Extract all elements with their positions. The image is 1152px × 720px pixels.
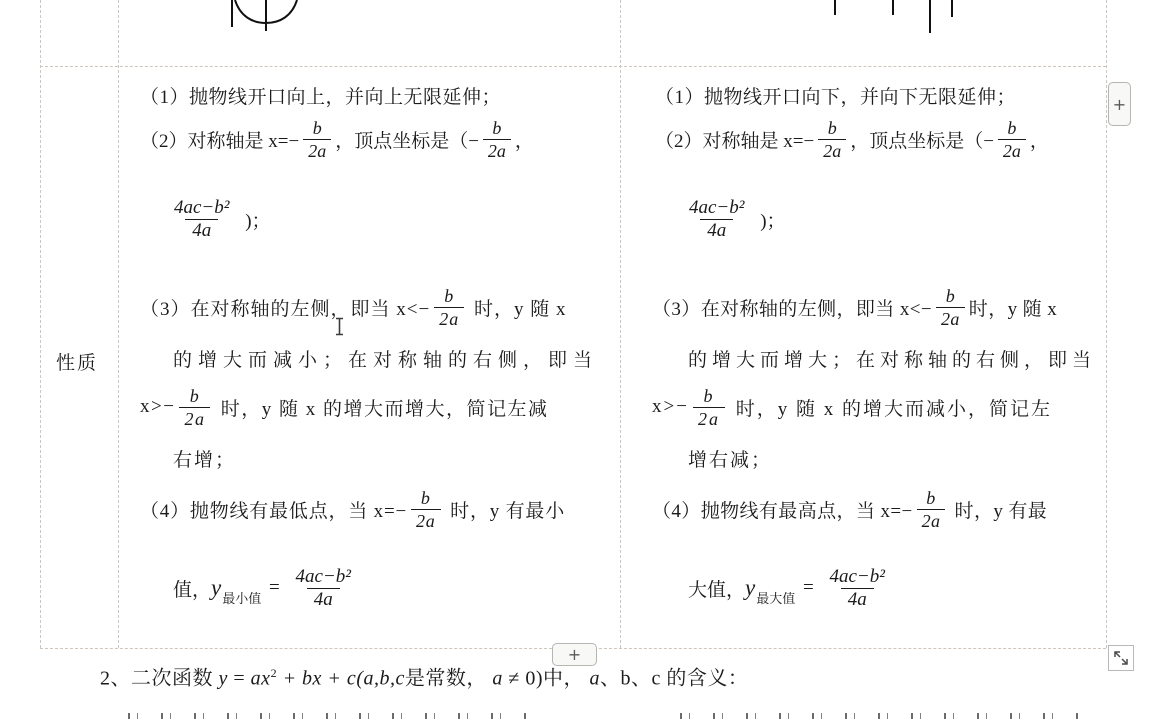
table-resize-handle[interactable] bbox=[1108, 645, 1134, 671]
text-run: x>− bbox=[140, 396, 175, 418]
math-variable: ax bbox=[251, 668, 271, 690]
fraction-denominator: 4a bbox=[307, 588, 340, 611]
subscript-label: 最小值 bbox=[222, 588, 261, 607]
fraction: 4ac−b²4a bbox=[167, 197, 236, 242]
fraction: b2a bbox=[998, 117, 1026, 162]
text-run: 2、二次函数 bbox=[100, 668, 219, 690]
fraction-denominator: 2a bbox=[998, 139, 1026, 162]
paragraph-quadratic-coefficients: 2、二次函数 y = ax2 + bx + c(a,b,c是常数， a ≠ 0)… bbox=[100, 656, 748, 690]
fraction-denominator: 2a bbox=[483, 139, 511, 162]
text-run: )； bbox=[240, 206, 270, 233]
fraction-denominator: 2a bbox=[411, 509, 441, 532]
fraction-denominator: 2a bbox=[917, 509, 946, 532]
text-run: （1）抛物线开口向上，并向上无限延伸； bbox=[140, 82, 501, 109]
fraction: b2a bbox=[818, 117, 846, 162]
property-line: （4）抛物线有最高点，当 x=−b2a 时，y 有最 bbox=[652, 480, 1047, 538]
fraction: b2a bbox=[936, 285, 965, 330]
clipped-text-row bbox=[680, 713, 1085, 719]
text-run: 的增大而增大；在对称轴的右侧，即当 bbox=[688, 345, 1096, 372]
math-variable: + bx + c bbox=[277, 668, 356, 690]
text-run: （4）抛物线有最低点，当 x=− bbox=[140, 496, 407, 523]
fraction-numerator: 4ac−b² bbox=[682, 197, 751, 219]
property-line: （1）抛物线开口向下，并向下无限延伸； bbox=[655, 84, 1016, 106]
row-header-properties: 性质 bbox=[56, 348, 98, 375]
fraction: b2a bbox=[434, 285, 464, 330]
text-run: （3）在对称轴的左侧，即当 x<− bbox=[140, 294, 430, 321]
text-run: = bbox=[798, 577, 818, 599]
fraction-numerator: b bbox=[185, 385, 206, 407]
add-column-button[interactable]: + bbox=[1108, 82, 1131, 126]
text-run: 的增大而减小；在对称轴的右侧，即当 bbox=[173, 345, 598, 372]
fraction-denominator: 4a bbox=[185, 219, 218, 242]
text-run: 时，y 随 x 的增大而减小，简记左 bbox=[729, 394, 1052, 421]
text-run: = bbox=[228, 668, 251, 690]
math-variable: a bbox=[492, 668, 503, 690]
property-line: 的增大而减小；在对称轴的右侧，即当 bbox=[173, 346, 598, 370]
fraction-numerator: b bbox=[1002, 117, 1021, 139]
fraction: b2a bbox=[483, 117, 511, 162]
fraction-numerator: b bbox=[308, 117, 327, 139]
text-run: 是常数， bbox=[405, 668, 493, 690]
fraction-numerator: b bbox=[487, 117, 506, 139]
table-border-middle bbox=[620, 0, 621, 648]
math-variable: y bbox=[745, 575, 755, 601]
property-line: 增右减； bbox=[688, 446, 772, 470]
fraction-denominator: 2a bbox=[693, 407, 725, 430]
fraction-denominator: 2a bbox=[179, 407, 210, 430]
fraction-denominator: 2a bbox=[303, 139, 331, 162]
fraction: b2a bbox=[303, 117, 331, 162]
fraction-numerator: b bbox=[416, 487, 436, 509]
fraction-numerator: b bbox=[823, 117, 842, 139]
math-variable: y bbox=[219, 668, 228, 690]
text-run: 时，y 随 x 的增大而增大，简记左减 bbox=[214, 394, 548, 421]
parabola-up-graph-remnant bbox=[118, 0, 620, 66]
fraction: b2a bbox=[411, 487, 441, 532]
text-run: = bbox=[264, 577, 284, 599]
text-run: 时，y 随 x bbox=[468, 294, 566, 321]
property-line: 4ac−b²4a )； bbox=[678, 186, 786, 252]
text-run: 大值， bbox=[688, 575, 745, 602]
resize-diagonal-icon bbox=[1109, 646, 1133, 670]
fraction-numerator: 4ac−b² bbox=[822, 566, 891, 588]
math-variable: y bbox=[211, 575, 221, 601]
text-run: ≠ 0)中， bbox=[503, 668, 590, 690]
subscript-label: 最大值 bbox=[756, 588, 795, 607]
property-line: （1）抛物线开口向上，并向上无限延伸； bbox=[140, 84, 501, 106]
property-line: 右增； bbox=[173, 446, 236, 470]
fraction-numerator: b bbox=[439, 285, 459, 307]
text-run: 时，y 有最小 bbox=[445, 496, 565, 523]
fraction-denominator: 2a bbox=[434, 307, 464, 330]
property-line: （3）在对称轴的左侧，即当 x<−b2a 时，y 随 x bbox=[140, 278, 566, 336]
property-line: （3）在对称轴的左侧，即当 x<−b2a时，y 随 x bbox=[652, 278, 1057, 336]
fraction-numerator: b bbox=[921, 487, 940, 509]
text-run: （1）抛物线开口向下，并向下无限延伸； bbox=[655, 82, 1016, 109]
fraction-denominator: 4a bbox=[841, 588, 874, 611]
fraction-denominator: 2a bbox=[936, 307, 965, 330]
fraction-denominator: 4a bbox=[700, 219, 733, 242]
property-line: 大值，y最大值 = 4ac−b²4a bbox=[688, 552, 896, 624]
table-border-left bbox=[40, 0, 41, 648]
text-run: 值， bbox=[173, 575, 211, 602]
text-run: ，顶点坐标是（− bbox=[335, 126, 479, 153]
text-run: 、b、c 的含义： bbox=[600, 668, 748, 690]
property-line: 值，y最小值 = 4ac−b²4a bbox=[173, 552, 362, 624]
text-run: （4）抛物线有最高点，当 x=− bbox=[652, 496, 913, 523]
table-border-right bbox=[1106, 0, 1107, 648]
fraction: b2a bbox=[917, 487, 946, 532]
clipped-text-row bbox=[128, 713, 526, 719]
fraction-denominator: 2a bbox=[818, 139, 846, 162]
text-run: 时，y 随 x bbox=[969, 294, 1057, 321]
fraction-numerator: b bbox=[698, 385, 719, 407]
text-run: x>− bbox=[652, 396, 689, 418]
fraction-numerator: 4ac−b² bbox=[288, 566, 357, 588]
fraction: 4ac−b²4a bbox=[822, 566, 891, 611]
math-variable: (a,b,c bbox=[356, 668, 405, 690]
property-line: （4）抛物线有最低点，当 x=−b2a 时，y 有最小 bbox=[140, 480, 565, 538]
property-line: （2）对称轴是 x=−b2a，顶点坐标是（−b2a， bbox=[140, 110, 534, 168]
fraction-numerator: 4ac−b² bbox=[167, 197, 236, 219]
text-run: )； bbox=[755, 206, 785, 233]
table-border-label-col bbox=[118, 0, 119, 648]
fraction: b2a bbox=[179, 385, 210, 430]
property-line: x>−b2a 时，y 随 x 的增大而增大，简记左减 bbox=[140, 378, 548, 436]
table-border-row-divider bbox=[40, 66, 1106, 67]
add-row-button[interactable]: + bbox=[552, 643, 597, 666]
property-line: 4ac−b²4a )； bbox=[163, 186, 271, 252]
fraction-numerator: b bbox=[941, 285, 960, 307]
math-variable: a bbox=[590, 668, 601, 690]
fraction: 4ac−b²4a bbox=[682, 197, 751, 242]
text-run: ， bbox=[515, 126, 534, 153]
parabola-down-graph-remnant bbox=[620, 0, 1106, 66]
property-line: 的增大而增大；在对称轴的右侧，即当 bbox=[688, 346, 1096, 370]
text-run: 右增； bbox=[173, 445, 236, 472]
text-run: ， bbox=[1030, 126, 1049, 153]
text-run: （3）在对称轴的左侧，即当 x<− bbox=[652, 294, 932, 321]
text-run: （2）对称轴是 x=− bbox=[140, 126, 299, 153]
text-run: 时，y 有最 bbox=[949, 496, 1047, 523]
fraction: 4ac−b²4a bbox=[288, 566, 357, 611]
text-run: ，顶点坐标是（− bbox=[850, 126, 994, 153]
property-line: x>−b2a 时，y 随 x 的增大而减小，简记左 bbox=[652, 378, 1052, 436]
text-run: （2）对称轴是 x=− bbox=[655, 126, 814, 153]
text-run: 增右减； bbox=[688, 445, 772, 472]
property-line: （2）对称轴是 x=−b2a，顶点坐标是（−b2a， bbox=[655, 110, 1049, 168]
fraction: b2a bbox=[693, 385, 725, 430]
ibeam-cursor bbox=[334, 317, 345, 336]
